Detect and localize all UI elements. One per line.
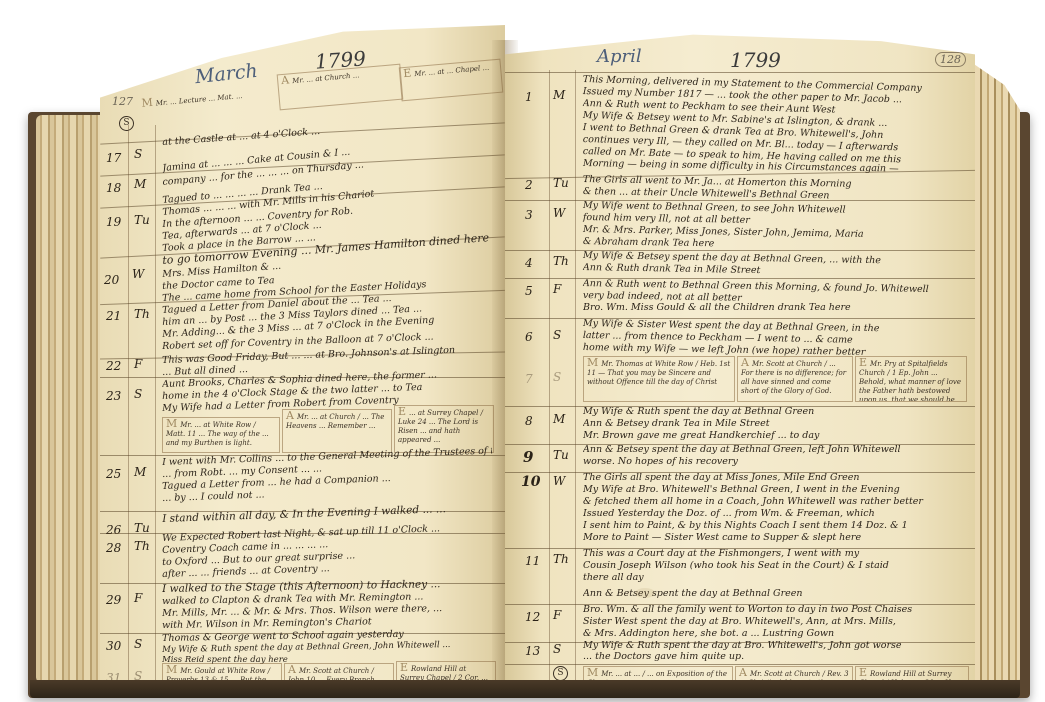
entry-day: S <box>553 328 561 342</box>
entry-day: W <box>132 267 144 281</box>
entry-line: Bro. Wm. & all the family went to Worton… <box>583 604 968 616</box>
entry-day: Th <box>553 254 569 268</box>
row-divider <box>505 200 975 201</box>
entry-date: 9 <box>523 448 533 466</box>
entry-date: 25 <box>106 467 121 481</box>
entry-date: 18 <box>106 181 121 195</box>
header-sermon-box-m: MMr. ... Lecture ... Mat. ... <box>137 85 279 127</box>
entry-line: I stand within all day, & In the Evening… <box>162 501 492 525</box>
entry-date: 26 <box>106 523 121 537</box>
sermon-label-e: E <box>403 66 412 80</box>
entry-day: Tu <box>134 213 150 227</box>
day-column-rule <box>155 125 156 685</box>
sermon-box-a: AMr. ... at Church / ... The Heavens ...… <box>282 409 392 453</box>
entry-line: I sent him to Paint, & by this Nights Co… <box>583 520 968 532</box>
entry-day: Th <box>134 539 150 553</box>
entry-day: F <box>134 357 142 371</box>
entry-line: & Mrs. Addington here, she bot. a ... Lu… <box>583 628 968 640</box>
month-heading: April <box>597 46 642 67</box>
entry-line: My Wife & Ruth spent the day at Bethnal … <box>583 406 968 418</box>
entry-date: 19 <box>106 215 121 229</box>
entry-date: 4 <box>525 256 533 270</box>
entry-date: 3 <box>525 208 533 222</box>
sunday-circle-mark: S <box>119 116 134 131</box>
date-column-rule <box>128 125 129 685</box>
paper-stain <box>635 588 655 598</box>
sunday-circle-mark: S <box>553 666 568 681</box>
entry-line: The Girls all spent the day at Miss Jone… <box>583 472 968 484</box>
entry-line: & fetched them all home in a Coach, John… <box>583 496 968 508</box>
entry-line: Bro. Wm. Miss Gould & all the Children d… <box>583 302 968 314</box>
entry-line: Sister West spent the day at Bro. Whitew… <box>583 616 968 628</box>
entry-line: Ann & Betsey spent the day at Bethnal Gr… <box>583 444 968 456</box>
entry-date: 5 <box>525 284 533 298</box>
entry-day: S <box>553 642 561 656</box>
entry-date: 12 <box>525 610 540 624</box>
right-page: April 1799 128 1 M This Morning, deliver… <box>505 28 975 686</box>
header-sermon-box-a: AMr. ... at Church ... <box>277 64 404 111</box>
entry-day: M <box>134 177 146 191</box>
entry-date: 1 <box>525 90 533 104</box>
entry-day: Tu <box>553 448 569 462</box>
entry-day: F <box>134 591 142 605</box>
row-divider <box>505 72 975 73</box>
entry-date: 21 <box>106 309 121 323</box>
entry-day: S <box>134 387 142 401</box>
entry-day: F <box>553 282 561 296</box>
left-page: 127 March 1799 MMr. ... Lecture ... Mat.… <box>100 25 505 685</box>
entry-line: Ann & Betsey drank Tea in Mile Street <box>583 418 968 430</box>
entry-date: 8 <box>525 414 533 428</box>
entry-line: Issued Yesterday the Doz. of ... from Wm… <box>583 508 968 520</box>
row-divider <box>505 318 975 319</box>
row-divider <box>505 664 975 665</box>
entry-date: 20 <box>104 273 119 287</box>
entry-line: ... the Doctors gave him quite up. <box>583 651 968 663</box>
header-sermon-box-e: EMr. ... at ... Chapel ... <box>399 59 504 102</box>
year-heading: 1799 <box>730 48 781 72</box>
row-divider <box>505 278 975 279</box>
entry-line: there all day <box>583 572 968 584</box>
entry-line: More to Paint — Sister West came to Supp… <box>583 532 968 544</box>
entry-date: 11 <box>525 554 540 568</box>
entry-line: This was a Court day at the Fishmongers,… <box>583 548 968 560</box>
left-page-edges <box>36 115 106 683</box>
page-number: 127 <box>112 95 133 108</box>
page-number: 128 <box>935 52 966 67</box>
open-diary-book: 127 March 1799 MMr. ... Lecture ... Mat.… <box>0 0 1045 702</box>
entry-day: Th <box>134 307 150 321</box>
entry-date: 6 <box>525 330 533 344</box>
entry-date: 2 <box>525 178 533 192</box>
sermon-box-e: EMr. Pry at Spitalfields Church / 1 Ep. … <box>855 356 967 402</box>
right-page-edges <box>968 60 1020 685</box>
entry-day: Th <box>553 552 569 566</box>
entry-day: W <box>553 474 565 488</box>
entry-day: S <box>553 370 561 384</box>
book-cover-bottom-edge <box>30 680 1020 698</box>
date-column-rule <box>549 70 550 680</box>
entry-line: Cousin Joseph Wilson (who took his Seat … <box>583 560 968 572</box>
entry-date: 22 <box>106 359 121 373</box>
entry-date: 10 <box>521 474 540 490</box>
entry-date: 29 <box>106 593 121 607</box>
entry-date: 30 <box>106 639 121 653</box>
entry-day: W <box>553 206 565 220</box>
day-column-rule <box>575 70 576 680</box>
entry-day: M <box>134 465 146 479</box>
sermon-box-a: AMr. Scott at Church / ... For there is … <box>737 356 853 402</box>
entry-line: Mr. Brown gave me great Handkerchief ...… <box>583 430 968 442</box>
entry-date: 28 <box>106 541 121 555</box>
entry-line: My Wife at Bro. Whitewell's Bethnal Gree… <box>583 484 968 496</box>
entry-day: M <box>553 88 565 102</box>
entry-day: S <box>134 147 142 161</box>
entry-date: 17 <box>106 151 121 165</box>
entry-date: 23 <box>106 389 121 403</box>
sermon-box-m: MMr. Thomas at White Row / Heb. 1st 11 —… <box>583 356 735 402</box>
month-heading: March <box>194 60 259 88</box>
entry-day: F <box>553 608 561 622</box>
entry-date: 13 <box>525 644 540 658</box>
entry-date: 7 <box>525 372 533 386</box>
entry-day: M <box>553 412 565 426</box>
entry-line: worse. No hopes of his recovery <box>583 456 968 468</box>
sermon-label-m: M <box>141 96 153 110</box>
entry-day: S <box>134 637 142 651</box>
row-divider <box>505 250 975 251</box>
sermon-box-m: MMr. ... at White Row / Matt. 11 ... The… <box>162 417 280 453</box>
entry-day: Tu <box>553 176 569 190</box>
sermon-label-a: A <box>281 73 290 87</box>
